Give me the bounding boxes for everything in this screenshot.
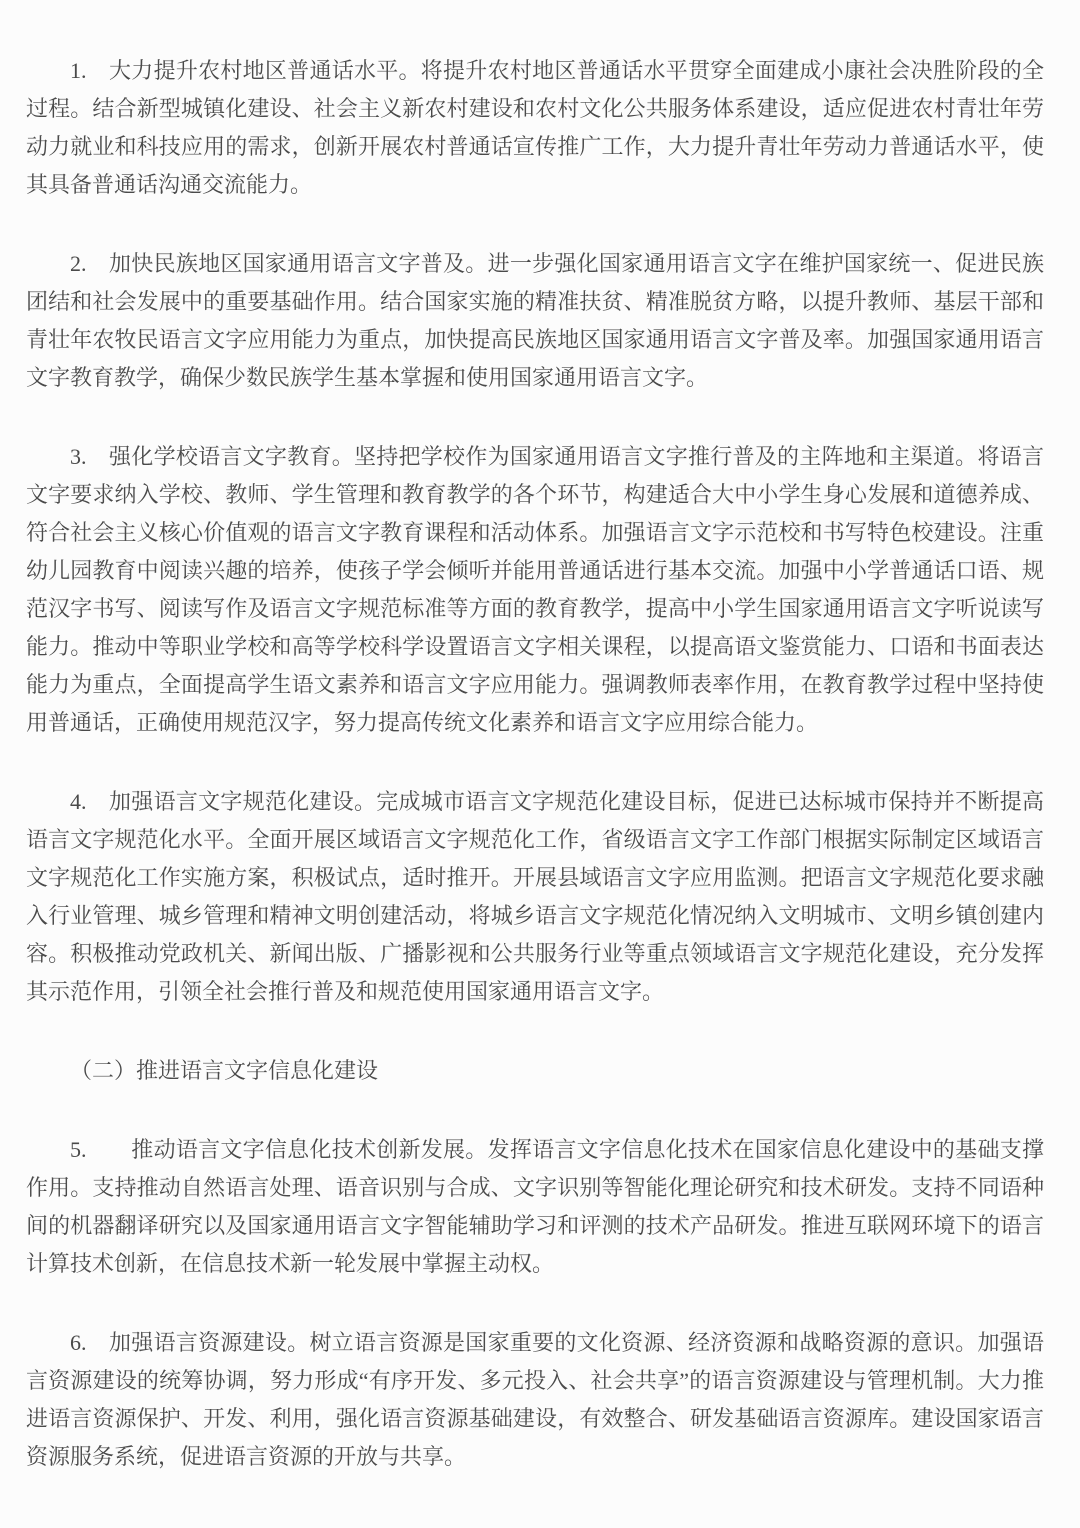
- paragraph-4-standardization: 4. 加强语言文字规范化建设。完成城市语言文字规范化建设目标，促进已达标城市保持…: [26, 783, 1044, 1011]
- document-page: 1. 大力提升农村地区普通话水平。将提升农村地区普通话水平贯穿全面建成小康社会决…: [0, 0, 1080, 1528]
- paragraph-5-it-innovation: 5. 推动语言文字信息化技术创新发展。发挥语言文字信息化技术在国家信息化建设中的…: [26, 1131, 1044, 1283]
- section-heading-informatization: （二）推进语言文字信息化建设: [26, 1052, 1044, 1090]
- paragraph-6-language-resources: 6. 加强语言资源建设。树立语言资源是国家重要的文化资源、经济资源和战略资源的意…: [26, 1324, 1044, 1476]
- paragraph-3-school-language-education: 3. 强化学校语言文字教育。坚持把学校作为国家通用语言文字推行普及的主阵地和主渠…: [26, 438, 1044, 742]
- paragraph-1-rural-putonghua: 1. 大力提升农村地区普通话水平。将提升农村地区普通话水平贯穿全面建成小康社会决…: [26, 52, 1044, 204]
- paragraph-2-ethnic-regions: 2. 加快民族地区国家通用语言文字普及。进一步强化国家通用语言文字在维护国家统一…: [26, 245, 1044, 397]
